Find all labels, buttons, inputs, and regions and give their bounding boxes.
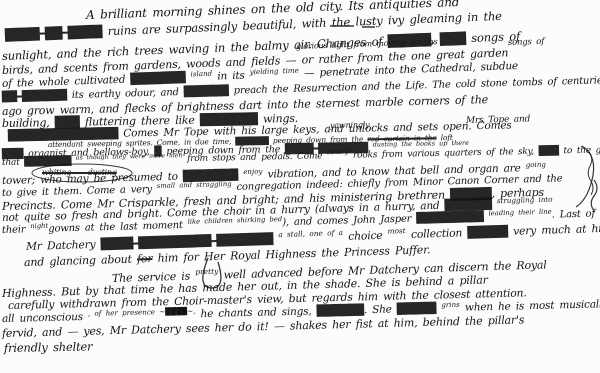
struck-text: ██████	[444, 198, 492, 211]
line-text: from stops and pedals. Come	[182, 151, 327, 164]
inserted-text: like children shirking bed	[188, 215, 283, 226]
struck-text: for	[137, 252, 153, 265]
line-text: he chants and sings,	[195, 305, 317, 320]
struck-text: ███	[440, 31, 466, 46]
manuscript-page: A brilliant morning shines on the old ci…	[0, 0, 600, 373]
struck-text: ████ ██ ████	[5, 24, 103, 42]
line-text: songs of	[466, 29, 521, 45]
manuscript-lines: A brilliant morning shines on the old ci…	[0, 0, 600, 373]
line-text: . She	[364, 303, 397, 316]
inserted-text: sundry	[327, 149, 348, 156]
struck-text: ██████	[184, 86, 229, 98]
struck-text: ███████	[130, 72, 186, 86]
inserted-text: yielding time	[249, 65, 298, 76]
line-text: when he is most musically	[460, 298, 600, 314]
inserted-text: , of her presence ~████~,	[88, 306, 196, 318]
inserted-text: a stall, one of a	[278, 228, 343, 239]
inserted-text: going	[526, 159, 546, 168]
inserted-text: leading their line	[488, 207, 551, 217]
struck-text: ██ ██████	[2, 90, 67, 103]
line-text: friendly shelter	[4, 339, 93, 355]
inserted-text: island	[190, 68, 212, 78]
manuscript-line: friendly shelter	[4, 341, 93, 354]
inserted-text: struggling into	[497, 194, 553, 205]
line-text: choice	[343, 229, 388, 243]
inserted-text: dusting the books up there	[373, 139, 469, 149]
inserted-text: most	[387, 227, 405, 237]
line-text: all unconscious	[2, 311, 88, 325]
line-text: in its	[212, 69, 250, 82]
inserted-text: small and straggling	[157, 180, 232, 190]
line-text: collection	[406, 226, 468, 241]
inserted-text: grins	[441, 299, 460, 308]
line-text: its earthy odour, and	[67, 87, 184, 101]
struck-text: █████	[388, 33, 432, 49]
line-text: and glancing about	[24, 252, 137, 269]
inserted-text: as though they were mere men	[76, 152, 183, 161]
struck-text: █████	[397, 302, 437, 315]
struck-text: █████████	[416, 212, 484, 225]
line-text: building,	[2, 116, 55, 130]
inserted-text: night	[30, 222, 48, 230]
struck-text: ████ █████████ ███████	[100, 232, 273, 250]
struck-text: ███	[55, 116, 80, 129]
line-text: that	[2, 158, 24, 168]
struck-text: ███	[539, 146, 559, 156]
line-text: Mr Datchery	[26, 238, 101, 253]
inserted-text: pretty	[195, 267, 218, 277]
line-text: very much at his service	[508, 220, 600, 237]
struck-text: ██████	[316, 304, 364, 317]
struck-text: █████	[467, 225, 508, 239]
line-text: their	[2, 224, 31, 236]
line-text: . Last of all comes	[552, 207, 600, 221]
inserted-text: enjoy	[243, 166, 263, 175]
struck-text: ███████	[24, 157, 71, 168]
line-text: to the great	[559, 145, 600, 156]
